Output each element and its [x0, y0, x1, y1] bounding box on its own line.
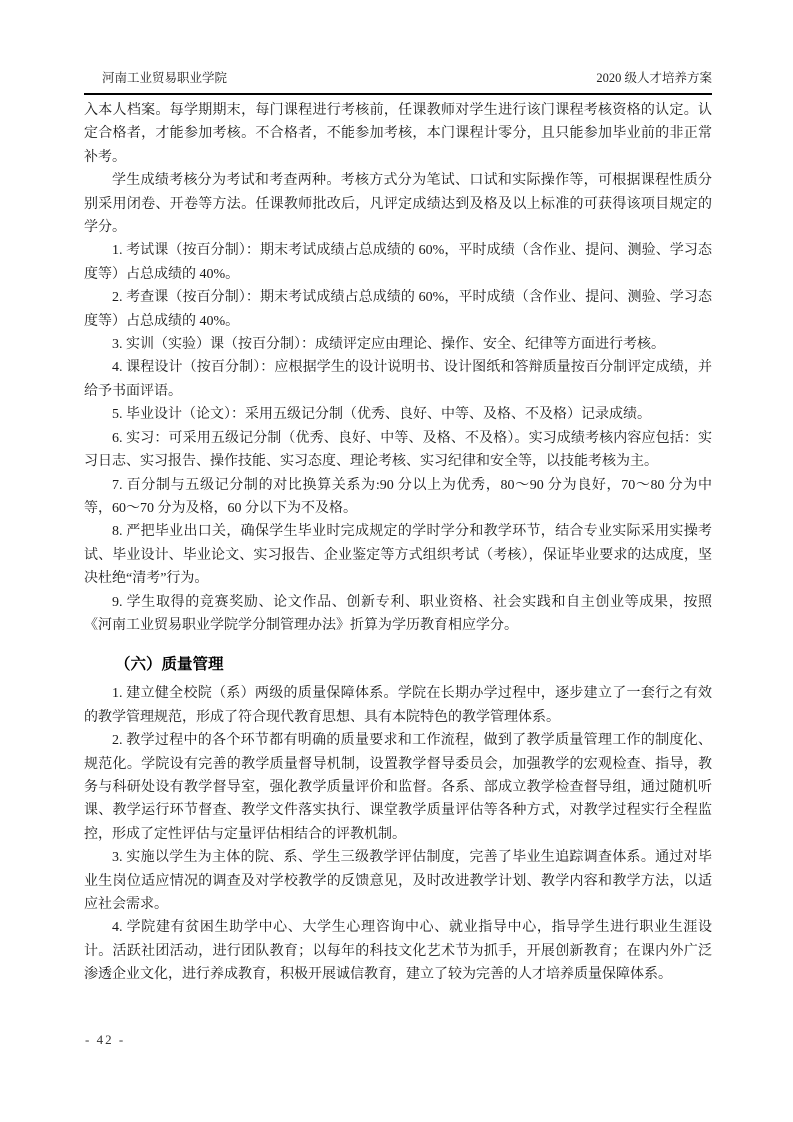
- header-document-title: 2020 级人才培养方案: [596, 70, 712, 86]
- section-paragraph-2: 2. 教学过程中的各个环节都有明确的质量要求和工作流程，做到了教学质量管理工作的…: [84, 729, 712, 846]
- document-page: 河南工业贸易职业学院 2020 级人才培养方案 入本人档案。每学期期末，每门课程…: [0, 0, 793, 1122]
- section-paragraph-3: 3. 实施以学生为主体的院、系、学生三级教学评估制度，完善了毕业生追踪调查体系。…: [84, 846, 712, 916]
- paragraph-item-3: 3. 实训（实验）课（按百分制）：成绩评定应由理论、操作、安全、纪律等方面进行考…: [84, 333, 712, 356]
- paragraph-item-8: 8. 严把毕业出口关，确保学生毕业时完成规定的学时学分和教学环节，结合专业实际采…: [84, 520, 712, 590]
- section-paragraph-4: 4. 学院建有贫困生助学中心、大学生心理咨询中心、就业指导中心，指导学生进行职业…: [84, 916, 712, 986]
- paragraph-item-5: 5. 毕业设计（论文）：采用五级记分制（优秀、良好、中等、及格、不及格）记录成绩…: [84, 403, 712, 426]
- paragraph-item-2: 2. 考查课（按百分制）：期末考试成绩占总成绩的 60%，平时成绩（含作业、提问…: [84, 286, 712, 333]
- paragraph-continuation: 入本人档案。每学期期末，每门课程进行考核前，任课教师对学生进行该门课程考核资格的…: [84, 99, 712, 169]
- paragraph-item-6: 6. 实习：可采用五级记分制（优秀、良好、中等、及格、不及格）。实习成绩考核内容…: [84, 427, 712, 474]
- paragraph-item-1: 1. 考试课（按百分制）：期末考试成绩占总成绩的 60%，平时成绩（含作业、提问…: [84, 239, 712, 286]
- header-school-name: 河南工业贸易职业学院: [84, 70, 227, 86]
- section-heading-quality-management: （六）质量管理: [84, 653, 712, 676]
- paragraph-item-9: 9. 学生取得的竞赛奖励、论文作品、创新专利、职业资格、社会实践和自主创业等成果…: [84, 591, 712, 638]
- section-paragraph-1: 1. 建立健全校院（系）两级的质量保障体系。学院在长期办学过程中，逐步建立了一套…: [84, 682, 712, 729]
- paragraph: 学生成绩考核分为考试和考查两种。考核方式分为笔试、口试和实际操作等，可根据课程性…: [84, 169, 712, 239]
- document-body: 入本人档案。每学期期末，每门课程进行考核前，任课教师对学生进行该门课程考核资格的…: [84, 99, 712, 987]
- paragraph-item-4: 4. 课程设计（按百分制）：应根据学生的设计说明书、设计图纸和答辩质量按百分制评…: [84, 356, 712, 403]
- page-number: - 42 -: [85, 1032, 125, 1047]
- page-footer: - 42 -: [85, 1032, 125, 1048]
- header-rule: [84, 93, 712, 95]
- paragraph-item-7: 7. 百分制与五级记分制的对比换算关系为:90 分以上为优秀，80～90 分为良…: [84, 474, 712, 521]
- page-header: 河南工业贸易职业学院 2020 级人才培养方案: [84, 70, 712, 86]
